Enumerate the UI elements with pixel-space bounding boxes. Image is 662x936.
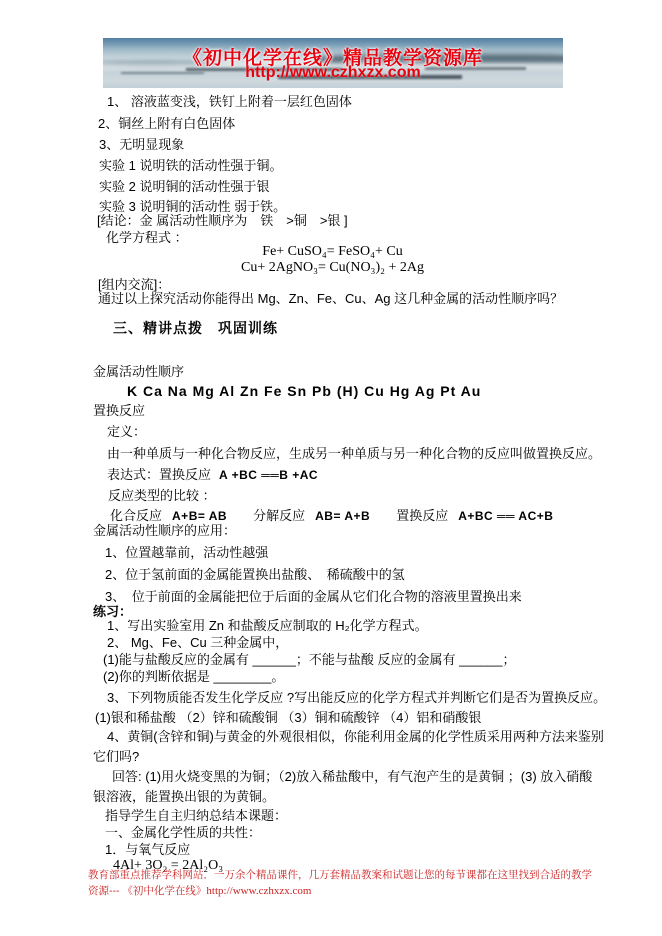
- observation-2: 2、铜丝上附有白色固体: [98, 115, 235, 132]
- section-heading: 三、精讲点拨 巩固训练: [113, 320, 278, 337]
- combination-formula: A+B= AB: [172, 509, 227, 523]
- expression-line: 表达式：置换反应A +BC ══B +AC: [107, 466, 318, 484]
- practice-q2: 2、 Mg、Fe、Cu 三种金属中，: [107, 634, 288, 651]
- summary-guide: 指导学生自主归纳总结本课题：: [105, 807, 287, 824]
- observation-1: 1、 溶液蓝变浅，铁钉上附着一层红色固体: [107, 93, 352, 110]
- group-discussion-question: 通过以上探究活动你能得出 Mg、Zn、Fe、Cu、Ag 这几种金属的活动性顺序吗…: [98, 290, 563, 307]
- comparison-label: 反应类型的比较 ：: [108, 487, 216, 504]
- definition-label: 定义：: [107, 423, 146, 440]
- practice-q2-blank-1: (1)能与盐酸反应的金属有 ______；不能与盐酸 反应的金属有 ______…: [103, 651, 515, 668]
- summary-oxygen-reaction: 1．与氧气反应: [105, 841, 190, 858]
- definition-text: 由一种单质与一种化合物反应，生成另一种单质与另一种化合物的反应叫做置换反应。: [107, 445, 601, 462]
- expression-formula: A +BC ══B +AC: [219, 468, 318, 482]
- displacement-formula: A+BC ══ AC+B: [458, 509, 553, 523]
- chemical-equation-2: Cu+ 2AgNO₃= Cu(NO₃)₂ + 2Ag: [95, 259, 570, 276]
- practice-q4-answer-1: 回答: (1)用火烧变黑的为铜；（2)放入稀盐酸中，有气泡产生的是黄铜 ；(3)…: [112, 768, 592, 785]
- footer-promo-prefix: 资源--- 《初中化学在线》: [88, 885, 206, 897]
- practice-q4-line-2: 它们吗?: [93, 748, 139, 765]
- application-label: 金属活动性顺序的应用：: [93, 522, 236, 539]
- observation-3: 3、无明显现象: [99, 136, 184, 153]
- practice-q2-blank-2: (2)你的判断依据是 ________。: [103, 668, 284, 685]
- displacement-reaction-label-2: 置换反应: [396, 508, 448, 523]
- document-page: 《初中化学在线》精品教学资源库 http://www.czhxzx.com 1、…: [0, 0, 662, 936]
- site-banner: 《初中化学在线》精品教学资源库 http://www.czhxzx.com: [103, 38, 563, 88]
- decomposition-reaction-label: 分解反应: [253, 508, 305, 523]
- practice-q3-items: (1)银和稀盐酸 （2）锌和硫酸铜 （3）铜和硫酸锌 （4）铝和硝酸银: [95, 709, 481, 726]
- displacement-reaction-label: 置换反应: [93, 402, 145, 419]
- practice-q3: 3、下列物质能否发生化学反应 ?写出能反应的化学方程式并判断它们是否为置换反应。: [107, 689, 606, 706]
- practice-q4-line-1: 4、黄铜(含锌和铜)与黄金的外观很相似，你能利用金属的化学性质采用两种方法来鉴别: [107, 728, 604, 745]
- combination-reaction-label: 化合反应: [110, 508, 162, 523]
- decomposition-formula: AB= A+B: [315, 509, 370, 523]
- application-rule-2: 2、位于氢前面的金属能置换出盐酸、 稀硫酸中的氢: [105, 566, 405, 583]
- chemical-equation-1: Fe+ CuSO₄= FeSO₄+ Cu: [95, 243, 570, 260]
- summary-common-title: 一、金属化学性质的共性：: [105, 824, 261, 841]
- experiment-conclusion-2: 实验 2 说明铜的活动性强于银: [99, 178, 269, 195]
- expression-label: 表达式：置换反应: [107, 467, 211, 482]
- banner-site-url[interactable]: http://www.czhxzx.com: [103, 64, 563, 82]
- practice-q1: 1、写出实验室用 Zn 和盐酸反应制取的 H₂化学方程式。: [107, 617, 428, 634]
- activity-series-label: 金属活动性顺序: [93, 363, 184, 380]
- experiment-conclusion-1: 实验 1 说明铁的活动性强于铜。: [99, 157, 282, 174]
- footer-promo-line-1: 教育部重点推荐学科网站．一万余个精品课件，几万套精品教案和试题让您的每节课都在这…: [88, 868, 592, 883]
- practice-q4-answer-2: 银溶液，能置换出银的为黄铜。: [93, 788, 275, 805]
- application-rule-1: 1、位置越靠前，活动性越强: [105, 544, 268, 561]
- footer-promo-line-2: 资源--- 《初中化学在线》http://www.czhxzx.com: [88, 884, 311, 899]
- footer-site-url[interactable]: http://www.czhxzx.com: [206, 885, 311, 897]
- activity-order-conclusion: [结论：金 属活动性顺序为 铁 >铜 >银 ]: [97, 212, 348, 229]
- metal-activity-series: K Ca Na Mg Al Zn Fe Sn Pb (H) Cu Hg Ag P…: [127, 383, 481, 400]
- application-rule-3: 3、 位于前面的金属能把位于后面的金属从它们化合物的溶液里置换出来: [105, 588, 522, 605]
